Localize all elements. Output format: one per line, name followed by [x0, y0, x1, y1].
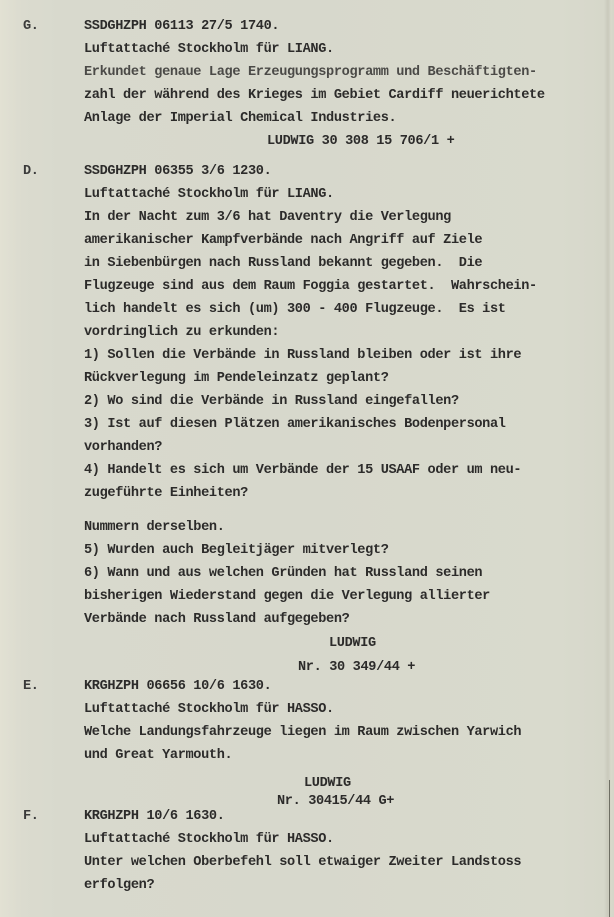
message-header: KRGHZPH 10/6 1630. — [84, 805, 225, 828]
message-body-line: und Great Yarmouth. — [84, 744, 232, 767]
entry-letter: F. — [23, 805, 39, 828]
message-body-line: vordringlich zu erkunden: — [84, 321, 279, 344]
message-header: SSDGHZPH 06113 27/5 1740. — [84, 15, 279, 38]
question-item: 4) Handelt es sich um Verbände der 15 US… — [84, 459, 521, 482]
message-header: KRGHZPH 06656 10/6 1630. — [84, 675, 271, 698]
question-item: 3) Ist auf diesen Plätzen amerikanisches… — [84, 413, 506, 436]
message-addressee: Luftattaché Stockholm für HASSO. — [84, 698, 334, 721]
message-header: SSDGHZPH 06355 3/6 1230. — [84, 160, 271, 183]
question-item: 6) Wann und aus welchen Gründen hat Russ… — [84, 562, 482, 585]
message-body-line: Anlage der Imperial Chemical Industries. — [84, 107, 396, 130]
message-body-line: erfolgen? — [84, 874, 154, 897]
message-signature-number: Nr. 30 349/44 + — [298, 656, 415, 679]
message-body-line: zahl der während des Krieges im Gebiet C… — [84, 84, 545, 107]
entry-letter: D. — [23, 160, 39, 183]
question-item: 2) Wo sind die Verbände in Russland eing… — [84, 390, 459, 413]
question-item: zugeführte Einheiten? — [84, 482, 248, 505]
message-body-line: In der Nacht zum 3/6 hat Daventry die Ve… — [84, 206, 451, 229]
question-item: vorhanden? — [84, 436, 162, 459]
message-signature-name: LUDWIG — [329, 632, 376, 655]
message-signature: LUDWIG 30 308 15 706/1 + — [267, 130, 454, 153]
message-body-line: Nummern derselben. — [84, 516, 225, 539]
question-item: bisherigen Wiederstand gegen die Verlegu… — [84, 585, 490, 608]
message-addressee: Luftattaché Stockholm für HASSO. — [84, 828, 334, 851]
entry-letter: E. — [23, 675, 39, 698]
message-body-line: amerikanischer Kampfverbände nach Angrif… — [84, 229, 482, 252]
message-body-line: Unter welchen Oberbefehl soll etwaiger Z… — [84, 851, 521, 874]
message-addressee: Luftattaché Stockholm für LIANG. — [84, 38, 334, 61]
message-body-line: lich handelt es sich (um) 300 - 400 Flug… — [84, 298, 506, 321]
question-item: 1) Sollen die Verbände in Russland bleib… — [84, 344, 521, 367]
message-body-line: Erkundet genaue Lage Erzeugungsprogramm … — [84, 61, 537, 84]
question-item: Rückverlegung im Pendeleinzatz geplant? — [84, 367, 389, 390]
message-body-line: Welche Landungsfahrzeuge liegen im Raum … — [84, 721, 521, 744]
message-body-line: in Siebenbürgen nach Russland bekannt ge… — [84, 252, 482, 275]
entry-letter: G. — [23, 15, 39, 38]
message-addressee: Luftattaché Stockholm für LIANG. — [84, 183, 334, 206]
typewritten-document-page: G. SSDGHZPH 06113 27/5 1740. Luftattaché… — [0, 0, 614, 917]
question-item: Verbände nach Russland aufgegeben? — [84, 608, 349, 631]
question-item: 5) Wurden auch Begleitjäger mitverlegt? — [84, 539, 389, 562]
message-body-line: Flugzeuge sind aus dem Raum Foggia gesta… — [84, 275, 537, 298]
message-signature-number: Nr. 30415/44 G+ — [277, 790, 394, 813]
